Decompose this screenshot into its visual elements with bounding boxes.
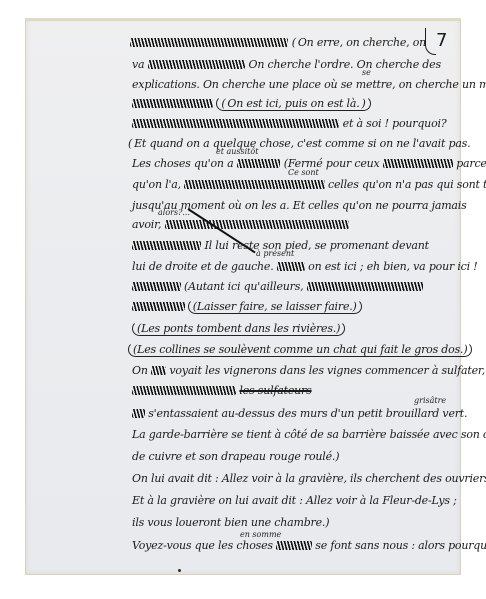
manuscript-line-22: On lui avait dit : Allez voir à la gravi… [132, 472, 486, 485]
manuscript-line-13: pourquoi (Autant ici qu'ailleurs, pourqu… [132, 280, 423, 293]
manuscript-line-2: va parmi les maisons On cherche l'ordre.… [132, 58, 441, 71]
manuscript-line-25: Voyez-vous que les choses autour se font… [132, 539, 486, 552]
paper-blemish [178, 569, 181, 572]
line-text: (Autant ici qu'ailleurs, [184, 280, 303, 293]
manuscript-line-5: Mais pourquoi rien ne serait plus chez e… [132, 117, 447, 130]
interlinear-insertion: Ce sont [288, 168, 319, 177]
manuscript-line-15: (Les ponts tombent dans les rivières.) [132, 322, 345, 335]
line-text: On cherche l'ordre. On cherche des [249, 58, 441, 71]
line-text: s'entassaient au-dessus des murs d'un pe… [148, 407, 467, 420]
struck-text: pourquoi [132, 280, 181, 293]
manuscript-line-14: nulle part (Laisser faire, se laisser fa… [132, 300, 362, 313]
line-text-2: se font sans nous : alors pourquoi [315, 539, 486, 552]
manuscript-line-16: (Les collines se soulèvent comme un chat… [128, 343, 472, 356]
interlinear-insertion: en somme [240, 530, 281, 539]
line-text: avoir, [132, 218, 161, 231]
struck-thin-text: les sulfateurs [239, 384, 311, 397]
circled-passage: (Les collines se soulèvent comme un chat… [128, 342, 472, 357]
manuscript-line-19: Ils s'entassaient au-dessus des murs d'u… [132, 407, 467, 420]
struck-text-2: pourquoi ne serait-on [307, 280, 423, 293]
manuscript-line-8: qu'on l'a, les maisons qu'on habitait ce… [132, 178, 486, 191]
line-text: et à soi ! pourquoi? [343, 117, 447, 130]
manuscript-line-20: La garde-barrière se tient à côté de sa … [132, 428, 486, 441]
manuscript-line-24: ils vous loueront bien une chambre.) [132, 516, 329, 529]
line-text-2: celles qu'on n'a pas qui sont tout, [328, 178, 486, 191]
interlinear-insertion: grisâtre [414, 396, 446, 405]
manuscript-line-21: de cuivre et son drapeau rouge roulé.) [132, 450, 339, 463]
struck-text: parmi les maisons [148, 58, 246, 71]
manuscript-line-23: Et à la gravière on lui avait dit : Alle… [132, 494, 457, 507]
line-text: Voyez-vous que les choses [132, 539, 273, 552]
page-number: 7 [436, 30, 447, 51]
line-text: On lui avait dit : Allez voir à la gravi… [132, 472, 486, 485]
line-text: qu'on l'a, [132, 178, 181, 191]
struck-text: autour [276, 539, 312, 552]
line-text: Il lui reste son pied, se promenant deva… [204, 239, 428, 252]
manuscript-line-1: Pourquoi rien ne pourrait fait On erre, … [130, 36, 426, 49]
interlinear-insertion: et aussitôt [216, 147, 258, 156]
manuscript-line-3: explications. On cherche une place où se… [132, 78, 486, 91]
line-text: On [132, 364, 148, 377]
line-text: explications. On cherche une place où se… [132, 78, 486, 91]
line-text: La garde-barrière se tient à côté de sa … [132, 428, 486, 441]
interlinear-insertion: alors?... [158, 208, 190, 217]
line-text: On erre, on cherche, on [292, 36, 426, 49]
line-text: ils vous loueront bien une chambre.) [132, 516, 329, 529]
manuscript-line-17: On les voyait les vignerons dans les vig… [132, 364, 485, 377]
struck-text: Pourquoi rien ne pourrait fait [130, 36, 288, 49]
struck-text-2: qui voulaient [383, 157, 453, 170]
line-text: Et quand on a quelque chose, c'est comme… [128, 137, 470, 150]
circled-passage: On est ici, puis on est là. [216, 96, 370, 111]
line-text-3: parce [456, 157, 486, 170]
manuscript-line-10: avoir, pourquoi ne serait-on pas chez so… [132, 218, 349, 231]
line-text-2: on est ici ; eh bien, va pour ici ! [308, 260, 477, 273]
manuscript-line-6: Et quand on a quelque chose, c'est comme… [128, 137, 470, 150]
struck-text: les maisons qu'on habitait [184, 178, 324, 191]
struck-text: perdues [237, 157, 281, 170]
circled-passage: (Les ponts tombent dans les rivières.) [132, 321, 345, 336]
struck-text: pourquoi ne serait-on pas chez soi [165, 218, 349, 231]
line-text: de cuivre et son drapeau rouge roulé.) [132, 450, 339, 463]
manuscript-line-12: lui de droite et de gauche. Alors on est… [132, 260, 477, 273]
struck-text: pour s'installer [132, 97, 213, 110]
struck-text: nulle part [132, 300, 185, 313]
manuscript-line-4: pour s'installer On est ici, puis on est… [132, 97, 371, 110]
struck-text: les [151, 364, 166, 377]
struck-text: Ils [132, 407, 145, 420]
interlinear-insertion: se [362, 68, 371, 77]
manuscript-line-18: quand on regardait les sulfateurs [132, 384, 312, 397]
line-text-2: voyait les vignerons dans les vignes com… [169, 364, 485, 377]
line-prefix: va [132, 58, 144, 71]
struck-text: quand on regardait [132, 384, 236, 397]
line-text: lui de droite et de gauche. [132, 260, 274, 273]
circled-passage: (Laisser faire, se laisser faire.) [188, 299, 362, 314]
line-text: Et à la gravière on lui avait dit : Alle… [132, 494, 457, 507]
struck-text: quelque part [132, 239, 201, 252]
struck-text: Mais pourquoi rien ne serait plus chez [132, 117, 339, 130]
manuscript-line-11: quelque part Il lui reste son pied, se p… [132, 239, 429, 252]
struck-text: Alors [277, 260, 305, 273]
page-top-edge [25, 18, 461, 21]
page-number-bracket [425, 28, 436, 55]
line-text: Les choses qu'on a [132, 157, 233, 170]
